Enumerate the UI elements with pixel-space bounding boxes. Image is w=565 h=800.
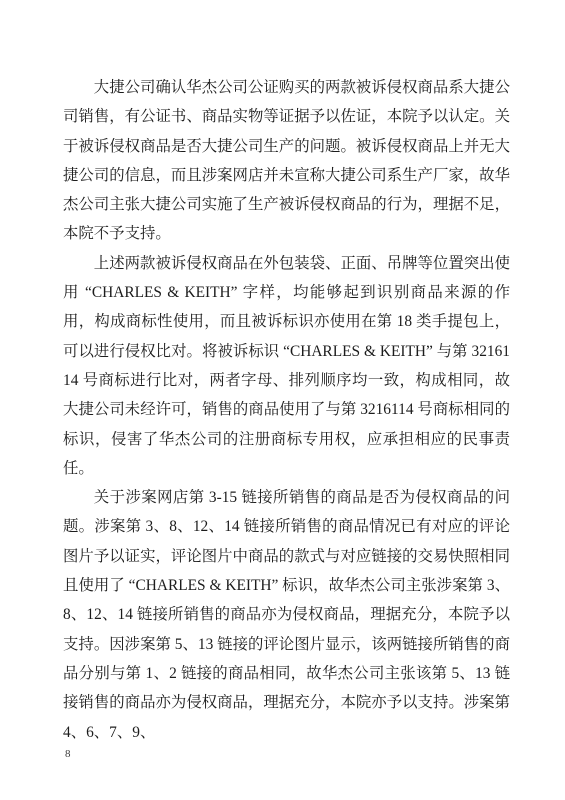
judgment-paragraph-2: 上述两款被诉侵权商品在外包装袋、正面、吊牌等位置突出使用 “CHARLES & … — [63, 249, 510, 483]
document-page: 大捷公司确认华杰公司公证购买的两款被诉侵权商品系大捷公司销售，有公证书、商品实物… — [0, 0, 565, 800]
judgment-paragraph-1: 大捷公司确认华杰公司公证购买的两款被诉侵权商品系大捷公司销售，有公证书、商品实物… — [63, 73, 510, 249]
judgment-paragraph-3: 关于涉案网店第 3-15 链接所销售的商品是否为侵权商品的问题。涉案第 3、8、… — [63, 483, 510, 747]
judgment-text-block: 大捷公司确认华杰公司公证购买的两款被诉侵权商品系大捷公司销售，有公证书、商品实物… — [63, 73, 510, 747]
page-number: 8 — [65, 747, 71, 761]
